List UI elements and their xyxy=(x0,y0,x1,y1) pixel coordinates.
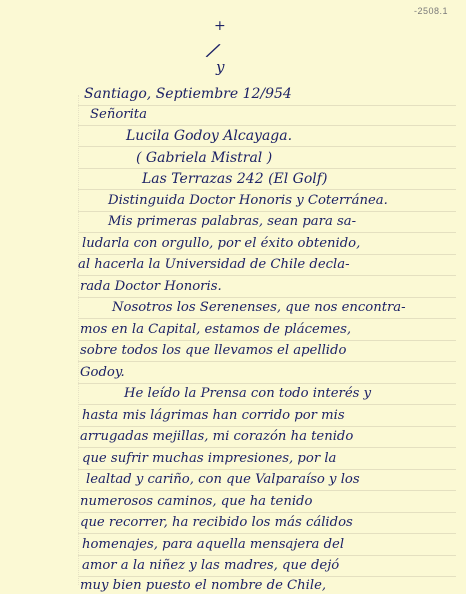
ruled-line xyxy=(78,168,456,169)
letter-page: -2508.1 + / y Santiago, Septiembre 12/95… xyxy=(0,0,466,594)
letter-body-line: Mis primeras palabras, sean para sa- xyxy=(108,214,356,229)
ruled-line xyxy=(78,232,456,233)
letter-body-line: He leído la Prensa con todo interés y xyxy=(124,386,371,401)
ruled-line xyxy=(78,211,456,212)
ruled-line xyxy=(78,426,456,427)
header-mark-cross: + xyxy=(214,18,226,34)
ruled-line xyxy=(78,490,456,491)
ruled-line xyxy=(78,447,456,448)
letter-body-line: mos en la Capital, estamos de plácemes, xyxy=(80,322,351,337)
letter-body-line: lealtad y cariño, con que Valparaíso y l… xyxy=(86,472,360,487)
ruled-line xyxy=(78,361,456,362)
scan-bottom-edge xyxy=(0,594,466,600)
letter-recipient-pseudonym: ( Gabriela Mistral ) xyxy=(136,150,272,166)
ruled-line xyxy=(78,533,456,534)
letter-body-line: sobre todos los que llevamos el apellido xyxy=(80,343,346,358)
letter-body-line: homenajes, para aquella mensajera del xyxy=(82,537,344,552)
ruled-line xyxy=(78,404,456,405)
letter-salutation-title: Señorita xyxy=(90,107,147,122)
archive-reference-number: -2508.1 xyxy=(414,6,448,16)
letter-recipient-name: Lucila Godoy Alcayaga. xyxy=(126,128,292,144)
letter-body-line: numerosos caminos, que ha tenido xyxy=(80,494,312,509)
letter-recipient-address: Las Terrazas 242 (El Golf) xyxy=(142,171,327,187)
letter-body-line: al hacerla la Universidad de Chile decla… xyxy=(78,257,350,272)
ruled-line xyxy=(78,275,456,276)
ruled-line xyxy=(78,297,456,298)
ruled-line xyxy=(78,469,456,470)
letter-place-date: Santiago, Septiembre 12/954 xyxy=(84,86,292,102)
letter-body-line: que recorrer, ha recibido los más cálido… xyxy=(80,515,353,530)
letter-body-line: Godoy. xyxy=(80,365,125,380)
ruled-line xyxy=(78,555,456,556)
letter-body-line: Nosotros los Serenenses, que nos encontr… xyxy=(112,300,406,315)
letter-body-line: muy bien puesto el nombre de Chile, xyxy=(80,578,326,593)
ruled-line xyxy=(78,125,456,126)
ruled-line xyxy=(78,340,456,341)
ruled-line xyxy=(78,512,456,513)
ruled-line xyxy=(78,383,456,384)
letter-body-line: que sufrir muchas impresiones, por la xyxy=(82,451,336,466)
letter-greeting: Distinguida Doctor Honoris y Coterránea. xyxy=(108,193,388,208)
letter-body-line: ludarla con orgullo, por el éxito obteni… xyxy=(82,236,360,251)
header-mark-y: y xyxy=(216,58,224,76)
ruled-line xyxy=(78,189,456,190)
ruled-line xyxy=(78,318,456,319)
ruled-line xyxy=(78,576,456,577)
ruled-line xyxy=(78,146,456,147)
letter-body-line: amor a la niñez y las madres, que dejó xyxy=(82,558,339,573)
letter-body-line: rada Doctor Honoris. xyxy=(80,279,222,294)
letter-body-line: hasta mis lágrimas han corrido por mis xyxy=(82,408,345,423)
letter-body-line: arrugadas mejillas, mi corazón ha tenido xyxy=(80,429,353,444)
ruled-line xyxy=(78,105,456,106)
ruled-line xyxy=(78,254,456,255)
